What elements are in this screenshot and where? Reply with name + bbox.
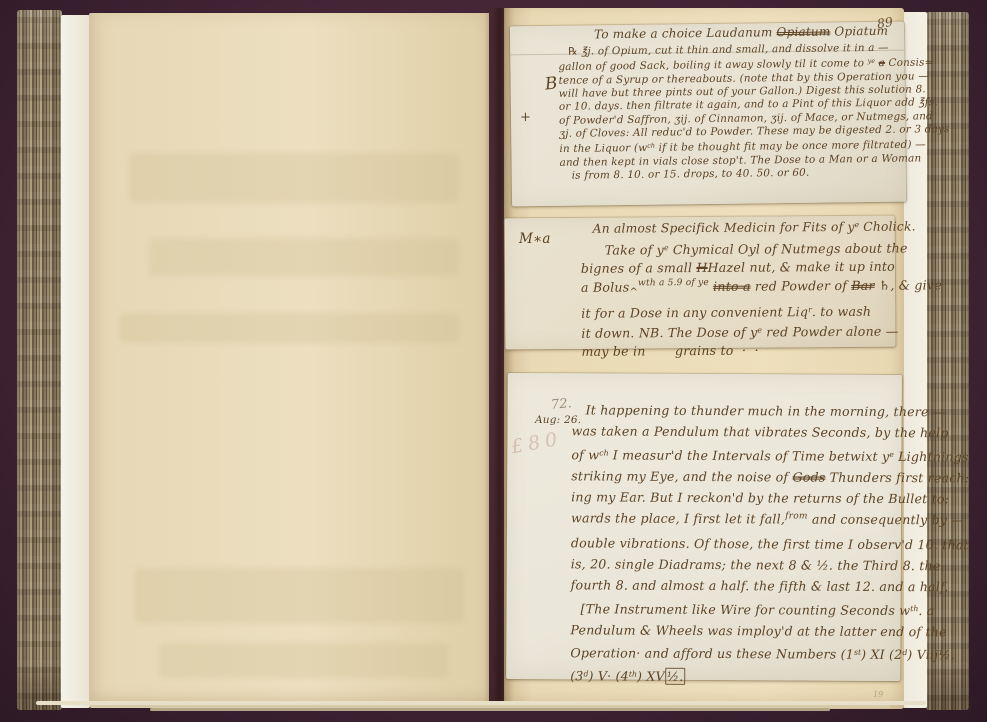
note-body: It happening to thunder much in the morn… <box>570 399 969 689</box>
text-segment: ♄, & give <box>875 277 942 292</box>
page-stack-edge <box>150 708 830 711</box>
show-through-band <box>159 643 449 678</box>
marginal-mark-plus: + <box>520 110 531 125</box>
text-segment: it down. NB. The Dose of y <box>581 324 757 340</box>
text-segment: and consequently by — <box>808 512 965 528</box>
marginal-mark-b: B <box>544 73 559 94</box>
left-page <box>89 13 489 707</box>
manuscript-line: wards the place, I first let it fall,fro… <box>571 508 969 534</box>
manuscript-line: Take of ye Chymical Oyl of Nutmegs about… <box>605 237 942 260</box>
text-segment: ye <box>868 57 876 65</box>
text-segment: Hazel nut, & make it up into <box>708 259 895 275</box>
manuscript-line: (3d) V· (4th) XV½. <box>570 664 968 689</box>
left-fore-edge <box>17 10 62 710</box>
manuscript-line: a Bolus^wth a 5.9 of ye into a red Powde… <box>581 276 942 302</box>
text-segment: th <box>629 670 637 679</box>
show-through-band <box>149 238 459 276</box>
text-segment: To make a choice Laudanum <box>594 25 777 41</box>
text-segment: Take of y <box>605 242 664 257</box>
text-segment: Bar <box>851 277 874 292</box>
note-slip-cholick: An almost Specifick Medicin for Fits of … <box>505 216 896 350</box>
manuscript-line: fourth 8. and almost a half. the fifth &… <box>571 575 969 598</box>
manuscript-line: of wch I measur'd the Intervals of Time … <box>571 442 969 467</box>
manuscript-line: [The Instrument like Wire for counting S… <box>581 596 969 621</box>
manuscript-line: bignes of a small HHazel nut, & make it … <box>581 258 942 279</box>
text-segment: ) XV <box>637 669 665 684</box>
text-segment: ) Viij½. <box>907 647 955 662</box>
text-segment: into a <box>713 278 751 293</box>
marginal-date: Aug: 26. <box>535 414 581 426</box>
text-segment: st <box>854 648 861 657</box>
text-segment: fourth 8. and almost a half. the fifth &… <box>571 578 949 595</box>
text-segment: Chymical Oyl of Nutmegs about the <box>669 240 908 257</box>
book-photo: 89 To make a choice Laudanum Opiatum Opi… <box>0 0 987 722</box>
left-page-edge <box>61 15 90 708</box>
text-segment: . to wash <box>812 303 871 318</box>
text-segment: from <box>785 511 808 521</box>
text-segment: may be in grains to · · <box>581 343 758 359</box>
manuscript-line: is, 20. single Diadrams; the next 8 & ½.… <box>571 553 969 576</box>
manuscript-line: Operation· and afford us these Numbers (… <box>570 640 968 665</box>
text-segment: of w <box>571 447 599 462</box>
text-segment: ) XI (2 <box>861 647 902 662</box>
text-segment: H <box>696 260 707 275</box>
text-segment: [The Instrument like Wire for counting S… <box>581 601 911 618</box>
note-body: ℞ ℥j. of Opium, cut it thin and small, a… <box>558 41 950 183</box>
note-title: An almost Specifick Medicin for Fits of … <box>593 219 916 235</box>
text-segment: is from 8. 10. or 15. drops, to 40. 50. … <box>572 167 810 182</box>
text-segment: ch <box>599 448 608 457</box>
manuscript-line: it down. NB. The Dose of ye red Powder a… <box>581 320 942 343</box>
manuscript-line: was taken a Pendulum that vibrates Secon… <box>571 421 969 444</box>
marginal-mark-ma: M∗a <box>519 231 551 247</box>
text-segment: red Powder of <box>751 278 852 294</box>
text-segment: Pendulum & Wheels was imploy'd at the la… <box>570 622 946 639</box>
text-segment: ½. <box>665 668 686 685</box>
manuscript-line: double vibrations. Of those, the first t… <box>571 532 969 555</box>
manuscript-line: striking my Eye, and the noise of Gods T… <box>571 465 969 488</box>
text-segment: An almost Specifick Medicin for Fits of … <box>593 220 855 236</box>
text-segment: Lightnings <box>894 448 969 463</box>
text-segment: ch <box>647 142 655 150</box>
text-segment: Operation· and afford us these Numbers (… <box>570 645 854 661</box>
text-segment: Consis= <box>885 57 934 70</box>
text-segment: ing my Ear. But I reckon'd by the return… <box>571 489 949 506</box>
show-through-band <box>119 313 459 343</box>
text-segment: it for a Dose in any convenient Liq <box>581 304 808 321</box>
show-through-band <box>129 153 459 203</box>
text-segment: red Powder alone — <box>762 323 899 339</box>
text-segment: bignes of a small <box>581 260 697 276</box>
text-segment: striking my Eye, and the noise of <box>571 468 792 484</box>
text-segment: wards the place, I first let it fall, <box>571 511 785 527</box>
note-slip-laudanum: To make a choice Laudanum Opiatum Opiatu… <box>510 22 906 207</box>
text-segment: wth a 5.9 of ye <box>638 278 709 288</box>
note-title: To make a choice Laudanum Opiatum Opiatu… <box>594 24 888 42</box>
manuscript-line: It happening to thunder much in the morn… <box>586 399 970 422</box>
text-segment: th <box>910 604 918 613</box>
text-segment: ) V· (4 <box>589 669 629 684</box>
manuscript-line: it for a Dose in any convenient Liqr. to… <box>581 300 942 323</box>
text-segment: double vibrations. Of those, the first t… <box>571 535 969 552</box>
text-segment: Gods <box>792 469 825 484</box>
text-segment: ^ <box>629 287 638 298</box>
manuscript-line: may be in grains to · · <box>581 341 942 362</box>
text-segment: (3 <box>570 668 583 683</box>
manuscript-line: ing my Ear. But I reckon'd by the return… <box>571 486 969 509</box>
text-segment: Thunders first reach: <box>825 469 969 485</box>
text-segment: It happening to thunder much in the morn… <box>586 402 946 419</box>
show-through-band <box>134 568 464 623</box>
text-segment: Opiatum <box>776 24 830 39</box>
note-body: Take of ye Chymical Oyl of Nutmegs about… <box>581 237 943 361</box>
text-segment: . a <box>918 603 934 618</box>
text-segment: I measur'd the Intervals of Time betwixt… <box>609 447 890 463</box>
pencil-mark: 19 <box>873 690 883 699</box>
folio-number: 89 <box>876 14 894 31</box>
text-segment: was taken a Pendulum that vibrates Secon… <box>571 424 948 441</box>
text-segment: in the Liquor (w <box>559 142 647 155</box>
text-segment: Cholick. <box>859 219 916 233</box>
manuscript-line: Pendulum & Wheels was imploy'd at the la… <box>570 619 968 642</box>
text-segment: a Bolus <box>581 279 629 294</box>
marginal-mark-72: 72. <box>550 396 572 413</box>
text-segment: is, 20. single Diadrams; the next 8 & ½.… <box>571 556 941 573</box>
